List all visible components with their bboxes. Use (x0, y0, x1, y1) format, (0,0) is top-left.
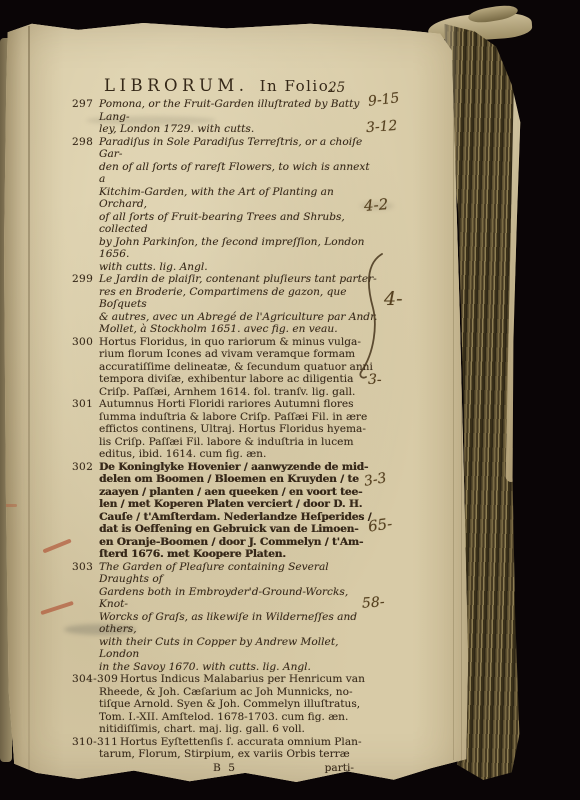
entry-text: Hortus Eyſtettenſis ſ. accurata omnium P… (99, 736, 378, 761)
entry-text: The Garden of Pleaſure containing Severa… (99, 561, 378, 674)
gutter-crease (28, 26, 30, 773)
margin-crease (453, 30, 454, 760)
catalog-entry: 299 Le Jardin de plaiſir, contenant pluſ… (72, 273, 378, 336)
catalog-text-block: 297 Pomona, or the Fruit-Garden illuſtra… (72, 98, 378, 775)
handwritten-price: 3-12 (365, 118, 397, 136)
handwritten-price: 65- (367, 514, 393, 535)
handwritten-brace-price: 4- (384, 288, 403, 310)
catalog-entry: 301 Autumnus Horti Floridi rariores Autu… (72, 398, 378, 461)
entry-text: Autumnus Horti Floridi rariores Autumni … (99, 398, 378, 461)
entry-text: Le Jardin de plaiſir, contenant pluſieur… (99, 273, 378, 336)
header-title: LIBRORUM. (104, 76, 249, 95)
page-footer: B 5 parti- (72, 762, 378, 775)
catchword: parti- (325, 762, 354, 775)
entry-text: De Koninglyke Hovenier / aanwyzende de m… (99, 461, 378, 561)
catalog-entry: 302 De Koninglyke Hovenier / aanwyzende … (72, 461, 378, 561)
entry-number: 298 (72, 136, 93, 149)
red-pencil-mark (40, 601, 73, 615)
handwritten-brace (356, 250, 388, 382)
handwritten-price: 9-15 (367, 90, 400, 110)
entry-number: 299 (72, 273, 93, 286)
entry-number: 301 (72, 398, 93, 411)
entry-text: Pomona, or the Fruit-Garden illuſtrated … (99, 98, 378, 136)
running-header: LIBRORUM. In Folio. (104, 76, 335, 95)
entry-number: 310-311 (72, 736, 118, 749)
book-page: LIBRORUM. In Folio. 25 297 Pomona, or th… (4, 20, 468, 782)
handwritten-price: 3-3 (363, 470, 388, 490)
handwritten-price: 4-2 (363, 195, 388, 215)
entry-text: Paradiſus in Sole Paradiſus Terreſtris, … (99, 136, 378, 274)
entry-text: Hortus Floridus, in quo rariorum & minus… (99, 336, 378, 399)
catalog-entry: 310-311 Hortus Eyſtettenſis ſ. accurata … (72, 736, 378, 761)
entry-number: 300 (72, 336, 93, 349)
red-pencil-mark (42, 539, 71, 553)
handwritten-price: 58- (361, 594, 385, 612)
entry-number: 303 (72, 561, 93, 574)
entry-number: 304-309 (72, 673, 118, 686)
fore-edge-highlight (505, 52, 525, 482)
catalog-entry: 297 Pomona, or the Fruit-Garden illuſtra… (72, 98, 378, 136)
entry-number: 297 (72, 98, 93, 111)
entry-text: Hortus Indicus Malabarius per Henricum v… (99, 673, 378, 736)
header-section: In Folio. (260, 77, 336, 95)
catalog-entry: 300 Hortus Floridus, in quo rariorum & m… (72, 336, 378, 399)
catalog-entry: 298 Paradiſus in Sole Paradiſus Terreſtr… (72, 136, 378, 274)
catalog-entry: 303 The Garden of Pleaſure containing Se… (72, 561, 378, 674)
catalog-entry: 304-309 Hortus Indicus Malabarius per He… (72, 673, 378, 736)
entry-number: 302 (72, 461, 93, 474)
page-number: 25 (328, 80, 345, 96)
